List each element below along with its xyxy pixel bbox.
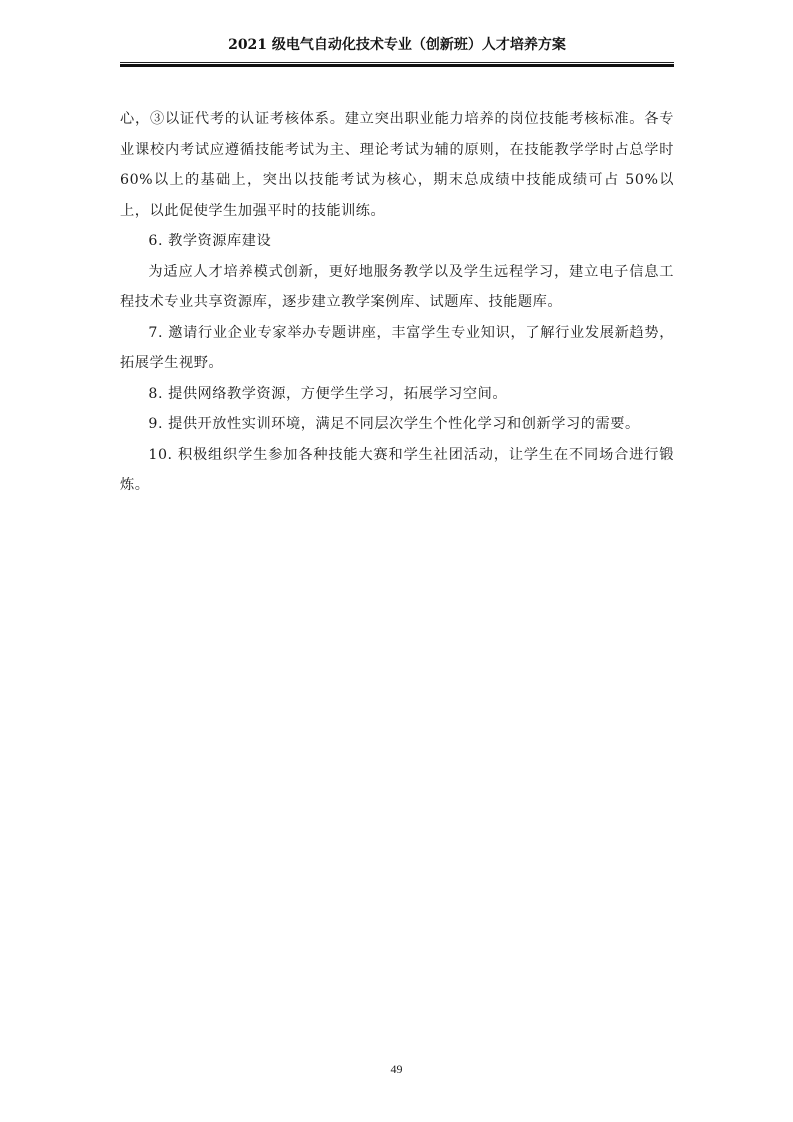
list-item-7-expert-lectures: 7. 邀请行业企业专家举办专题讲座，丰富学生专业知识，了解行业发展新趋势，拓展学… (120, 318, 674, 379)
header-rule-thick-line (120, 64, 674, 67)
header-rule-thin-line (120, 62, 674, 63)
page-number: 49 (0, 1062, 793, 1077)
paragraph-assessment-continued: 心，③以证代考的认证考核体系。建立突出职业能力培养的岗位技能考核标准。各专业课校… (120, 104, 674, 226)
paragraph-resource-library: 为适应人才培养模式创新，更好地服务教学以及学生远程学习，建立电子信息工程技术专业… (120, 257, 674, 318)
list-item-8-online-resources: 8. 提供网络教学资源，方便学生学习，拓展学习空间。 (120, 379, 674, 410)
section-heading-resource-library: 6. 教学资源库建设 (120, 226, 674, 257)
document-body: 心，③以证代考的认证考核体系。建立突出职业能力培养的岗位技能考核标准。各专业课校… (120, 104, 674, 501)
list-item-9-open-training: 9. 提供开放性实训环境，满足不同层次学生个性化学习和创新学习的需要。 (120, 409, 674, 440)
list-item-10-competitions: 10. 积极组织学生参加各种技能大赛和学生社团活动，让学生在不同场合进行锻炼。 (120, 440, 674, 501)
header-rule (120, 62, 674, 67)
page-header: 2021 级电气自动化技术专业（创新班）人才培养方案 (120, 36, 674, 54)
